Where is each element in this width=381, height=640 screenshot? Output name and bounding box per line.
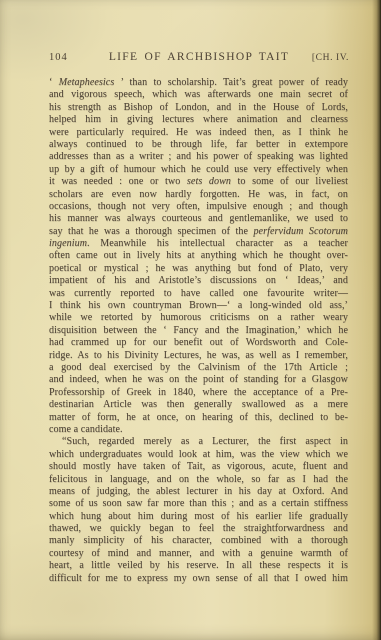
text-line: thawed, we quickly began to feel the str… [49, 523, 348, 535]
text-line: his manner was always courteous and gent… [49, 213, 348, 225]
text-line: poetical or mystical ; he was anything b… [49, 263, 348, 275]
text-line: felicitous in language, and on the whole… [49, 474, 348, 486]
running-title: LIFE OF ARCHBISHOP TAIT [101, 51, 297, 63]
text-line: I think his own countryman Brown—‘ a lon… [49, 300, 348, 312]
chapter-marker: [CH. IV. [297, 53, 349, 63]
text-line: which hung about him during most of his … [49, 511, 348, 523]
text-line: occasions, though not very often, impuls… [49, 201, 348, 213]
text-line: say that he was a thorough specimen of t… [49, 226, 348, 238]
text-line: courtesy of mind and manner, and with a … [49, 548, 348, 560]
text-line: and vigorous speech, which was afterward… [49, 89, 348, 101]
text-line: a good deal exercised by the Calvinism o… [49, 362, 348, 374]
page-number: 104 [49, 52, 101, 63]
text-line: ‘ Metapheesics ’ than to scholarship. Ta… [49, 77, 348, 89]
text-line: were particularly required. He was indee… [49, 127, 348, 139]
book-page: 104 LIFE OF ARCHBISHOP TAIT [CH. IV. ‘ M… [0, 0, 381, 640]
text-line: impatient of his and Aristotle’s discuss… [49, 275, 348, 287]
text-line: ridge. As to his Divinity Lectures, he w… [49, 350, 348, 362]
text-line: while we retorted by humorous criticisms… [49, 312, 348, 324]
text-line: manly simplicity of his character, combi… [49, 535, 348, 547]
text-line: often came out in lively hits at anythin… [49, 250, 348, 262]
page-edge-shadow [372, 0, 381, 640]
text-line: heart, a little veiled by his reserve. I… [49, 560, 348, 572]
text-line: had crammed up for our benefit out of Wo… [49, 337, 348, 349]
text-line: up by a gift of humour which he could us… [49, 164, 348, 176]
text-line: should mostly have taken of Tait, as vig… [49, 461, 348, 473]
text-line: which undergraduates would look at him, … [49, 449, 348, 461]
text-line: means of judging, the ablest lecturer in… [49, 486, 348, 498]
text-line: “Such, regarded merely as a Lecturer, th… [49, 436, 348, 448]
text-line: helped him in giving lectures where anim… [49, 114, 348, 126]
text-line: some of us soon saw far more than this ;… [49, 498, 348, 510]
text-line: ingenium. Meanwhile his intellectual cha… [49, 238, 348, 250]
text-line: difficult for me to express my own sense… [49, 573, 348, 585]
page-body: ‘ Metapheesics ’ than to scholarship. Ta… [49, 77, 348, 585]
text-line: his strength as Bishop of London, and in… [49, 102, 348, 114]
text-line: disquisition between the ‘ Fancy and the… [49, 325, 348, 337]
text-line: it was needed : one or two sets down to … [49, 176, 348, 188]
text-line: destinarian Article was then generally s… [49, 399, 348, 411]
text-line: come a candidate. [49, 424, 348, 436]
text-line: addresses than as a writer ; and his pow… [49, 151, 348, 163]
page-header: 104 LIFE OF ARCHBISHOP TAIT [CH. IV. [49, 51, 349, 63]
text-line: scholars are even now hardly forgotten. … [49, 189, 348, 201]
text-line: matter of form, he at once, on hearing o… [49, 412, 348, 424]
text-line: and indeed, when he was on the point of … [49, 374, 348, 386]
text-line: was currently reported to have called on… [49, 288, 348, 300]
text-line: Professorship of Greek in 1840, where th… [49, 387, 348, 399]
text-line: always continued to be through life, far… [49, 139, 348, 151]
